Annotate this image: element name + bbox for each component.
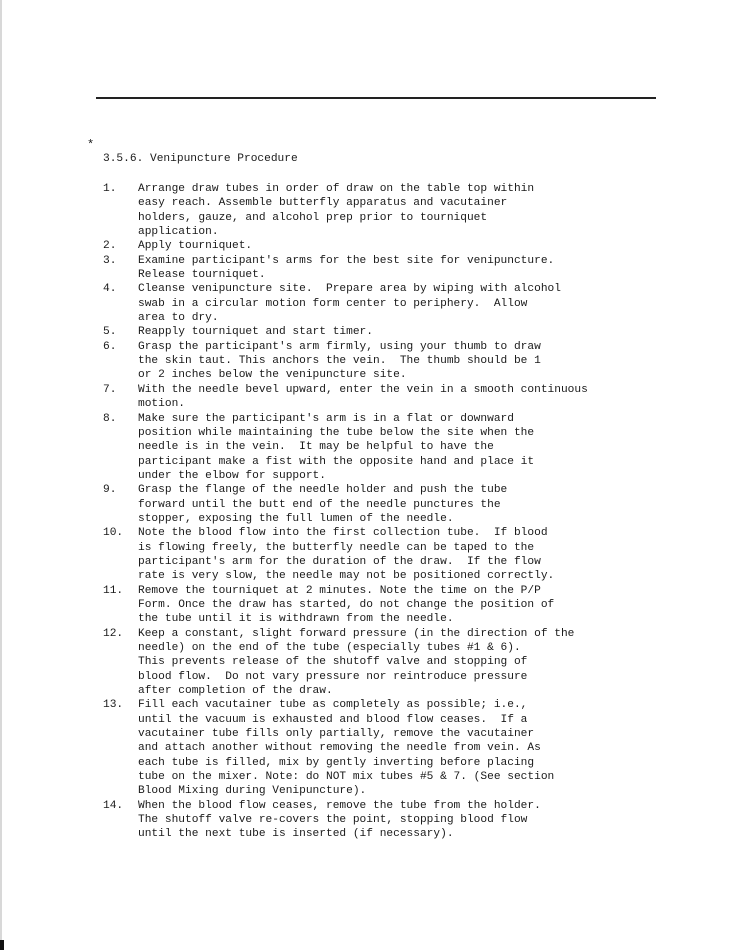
step-number (103, 469, 138, 483)
step-continuation: participant make a fist with the opposit… (103, 455, 703, 469)
step-continuation: Blood Mixing during Venipuncture). (103, 784, 703, 798)
step-text: application. (138, 225, 219, 239)
step-number (103, 455, 138, 469)
step-text: blood flow. Do not vary pressure nor rei… (138, 670, 527, 684)
step-continuation: stopper, exposing the full lumen of the … (103, 512, 703, 526)
step-number (103, 598, 138, 612)
step-text: position while maintaining the tube belo… (138, 426, 534, 440)
step-text: When the blood flow ceases, remove the t… (138, 799, 541, 813)
step-number: 10. (103, 526, 138, 540)
step-text: needle is in the vein. It may be helpful… (138, 440, 494, 454)
scan-left-edge (0, 0, 2, 950)
step-text: swab in a circular motion form center to… (138, 297, 527, 311)
step-text: each tube is filled, mix by gently inver… (138, 756, 534, 770)
step-continuation: or 2 inches below the venipuncture site. (103, 368, 703, 382)
step-continuation: until the vacuum is exhausted and blood … (103, 713, 703, 727)
step-continuation: the tube until it is withdrawn from the … (103, 612, 703, 626)
step-item: 6.Grasp the participant's arm firmly, us… (103, 340, 703, 354)
step-text: easy reach. Assemble butterfly apparatus… (138, 196, 507, 210)
step-continuation: blood flow. Do not vary pressure nor rei… (103, 670, 703, 684)
step-text: Fill each vacutainer tube as completely … (138, 698, 527, 712)
step-item: 4.Cleanse venipuncture site. Prepare are… (103, 282, 703, 296)
step-continuation: under the elbow for support. (103, 469, 703, 483)
step-text: Reapply tourniquet and start timer. (138, 325, 373, 339)
step-number (103, 368, 138, 382)
step-item: 2.Apply tourniquet. (103, 239, 703, 253)
step-text: The shutoff valve re-covers the point, s… (138, 813, 527, 827)
step-number: 13. (103, 698, 138, 712)
step-number (103, 612, 138, 626)
step-item: 12.Keep a constant, slight forward press… (103, 627, 703, 641)
step-number (103, 569, 138, 583)
step-continuation: needle is in the vein. It may be helpful… (103, 440, 703, 454)
step-text: and attach another without removing the … (138, 741, 541, 755)
step-text: forward until the butt end of the needle… (138, 498, 501, 512)
step-continuation: motion. (103, 397, 703, 411)
step-continuation: the skin taut. This anchors the vein. Th… (103, 354, 703, 368)
step-text: Note the blood flow into the first colle… (138, 526, 548, 540)
step-number (103, 641, 138, 655)
step-number: 7. (103, 383, 138, 397)
step-text: area to dry. (138, 311, 219, 325)
step-text: Make sure the participant's arm is in a … (138, 412, 514, 426)
step-continuation: vacutainer tube fills only partially, re… (103, 727, 703, 741)
step-number (103, 311, 138, 325)
step-number (103, 555, 138, 569)
section-heading: 3.5.6. Venipuncture Procedure (103, 152, 298, 166)
step-number: 8. (103, 412, 138, 426)
step-text: Arrange draw tubes in order of draw on t… (138, 182, 534, 196)
step-item: 3.Examine participant's arms for the bes… (103, 254, 703, 268)
step-number (103, 397, 138, 411)
step-number (103, 827, 138, 841)
step-number (103, 813, 138, 827)
step-text: needle) on the end of the tube (especial… (138, 641, 521, 655)
step-number (103, 211, 138, 225)
revision-marker: * (87, 139, 94, 151)
step-number (103, 770, 138, 784)
step-text: Remove the tourniquet at 2 minutes. Note… (138, 584, 541, 598)
step-text: Cleanse venipuncture site. Prepare area … (138, 282, 561, 296)
step-continuation: area to dry. (103, 311, 703, 325)
step-number (103, 225, 138, 239)
step-number: 11. (103, 584, 138, 598)
step-number: 14. (103, 799, 138, 813)
step-text: With the needle bevel upward, enter the … (138, 383, 588, 397)
step-text: holders, gauze, and alcohol prep prior t… (138, 211, 487, 225)
step-text: This prevents release of the shutoff val… (138, 655, 527, 669)
step-text: Grasp the participant's arm firmly, usin… (138, 340, 541, 354)
scan-corner-mark (0, 940, 4, 950)
step-continuation: participant's arm for the duration of th… (103, 555, 703, 569)
step-number (103, 297, 138, 311)
header-rule (96, 97, 656, 99)
step-text: stopper, exposing the full lumen of the … (138, 512, 454, 526)
step-text: Release tourniquet. (138, 268, 266, 282)
step-item: 8.Make sure the participant's arm is in … (103, 412, 703, 426)
step-number (103, 512, 138, 526)
step-continuation: The shutoff valve re-covers the point, s… (103, 813, 703, 827)
step-continuation: Form. Once the draw has started, do not … (103, 598, 703, 612)
step-text: or 2 inches below the venipuncture site. (138, 368, 407, 382)
step-number: 6. (103, 340, 138, 354)
step-number: 4. (103, 282, 138, 296)
step-item: 7.With the needle bevel upward, enter th… (103, 383, 703, 397)
step-continuation: easy reach. Assemble butterfly apparatus… (103, 196, 703, 210)
step-number (103, 756, 138, 770)
step-continuation: and attach another without removing the … (103, 741, 703, 755)
step-continuation: tube on the mixer. Note: do NOT mix tube… (103, 770, 703, 784)
step-continuation: holders, gauze, and alcohol prep prior t… (103, 211, 703, 225)
step-number (103, 727, 138, 741)
step-continuation: until the next tube is inserted (if nece… (103, 827, 703, 841)
step-item: 9.Grasp the flange of the needle holder … (103, 483, 703, 497)
step-item: 5.Reapply tourniquet and start timer. (103, 325, 703, 339)
step-number (103, 498, 138, 512)
step-continuation: This prevents release of the shutoff val… (103, 655, 703, 669)
step-text: Form. Once the draw has started, do not … (138, 598, 554, 612)
step-text: tube on the mixer. Note: do NOT mix tube… (138, 770, 554, 784)
step-number (103, 670, 138, 684)
step-item: 1.Arrange draw tubes in order of draw on… (103, 182, 703, 196)
step-item: 10.Note the blood flow into the first co… (103, 526, 703, 540)
step-number: 12. (103, 627, 138, 641)
step-number (103, 440, 138, 454)
step-text: motion. (138, 397, 185, 411)
step-number (103, 713, 138, 727)
step-number: 2. (103, 239, 138, 253)
step-continuation: Release tourniquet. (103, 268, 703, 282)
step-text: is flowing freely, the butterfly needle … (138, 541, 534, 555)
step-text: Examine participant's arms for the best … (138, 254, 554, 268)
step-number (103, 196, 138, 210)
step-text: after completion of the draw. (138, 684, 333, 698)
procedure-steps: 1.Arrange draw tubes in order of draw on… (103, 182, 703, 842)
step-item: 13.Fill each vacutainer tube as complete… (103, 698, 703, 712)
step-number (103, 268, 138, 282)
step-text: under the elbow for support. (138, 469, 326, 483)
step-number (103, 684, 138, 698)
step-text: Blood Mixing during Venipuncture). (138, 784, 366, 798)
step-continuation: position while maintaining the tube belo… (103, 426, 703, 440)
step-text: rate is very slow, the needle may not be… (138, 569, 554, 583)
step-number: 3. (103, 254, 138, 268)
step-number: 1. (103, 182, 138, 196)
step-number (103, 354, 138, 368)
step-text: the tube until it is withdrawn from the … (138, 612, 454, 626)
step-text: Grasp the flange of the needle holder an… (138, 483, 507, 497)
step-number (103, 741, 138, 755)
step-number: 9. (103, 483, 138, 497)
step-continuation: application. (103, 225, 703, 239)
step-text: the skin taut. This anchors the vein. Th… (138, 354, 541, 368)
step-number (103, 655, 138, 669)
step-continuation: rate is very slow, the needle may not be… (103, 569, 703, 583)
step-text: until the next tube is inserted (if nece… (138, 827, 454, 841)
step-continuation: is flowing freely, the butterfly needle … (103, 541, 703, 555)
step-item: 11.Remove the tourniquet at 2 minutes. N… (103, 584, 703, 598)
step-text: vacutainer tube fills only partially, re… (138, 727, 534, 741)
step-item: 14.When the blood flow ceases, remove th… (103, 799, 703, 813)
step-text: participant's arm for the duration of th… (138, 555, 541, 569)
step-number (103, 426, 138, 440)
step-continuation: swab in a circular motion form center to… (103, 297, 703, 311)
step-number (103, 541, 138, 555)
step-number (103, 784, 138, 798)
step-continuation: needle) on the end of the tube (especial… (103, 641, 703, 655)
step-text: participant make a fist with the opposit… (138, 455, 534, 469)
step-text: until the vacuum is exhausted and blood … (138, 713, 527, 727)
step-text: Keep a constant, slight forward pressure… (138, 627, 574, 641)
step-continuation: forward until the butt end of the needle… (103, 498, 703, 512)
step-continuation: each tube is filled, mix by gently inver… (103, 756, 703, 770)
step-text: Apply tourniquet. (138, 239, 252, 253)
step-continuation: after completion of the draw. (103, 684, 703, 698)
step-number: 5. (103, 325, 138, 339)
